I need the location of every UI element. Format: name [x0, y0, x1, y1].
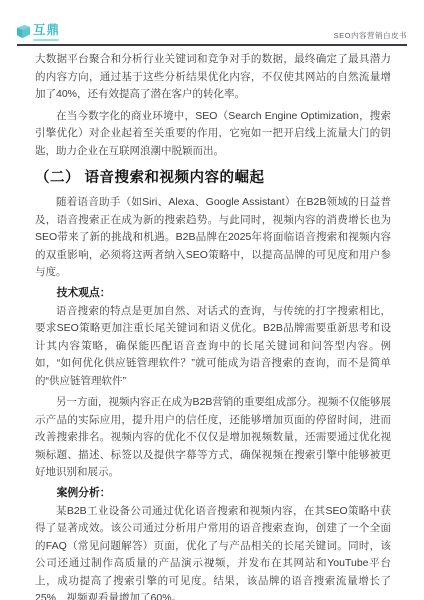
paragraph-section-intro: 随着语音助手（如Siri、Alexa、Google Assistant）在B2B…: [35, 194, 391, 282]
logo-text-block: 互鼎: [33, 24, 60, 41]
logo-cube-icon: [16, 24, 31, 39]
logo-text: 互鼎: [33, 24, 60, 37]
document-page: 互鼎 SEO内容营销白皮书 大数据平台聚合和分析行业关键词和竞争对手的数据，最终…: [0, 0, 424, 600]
case-analysis-label: 案例分析：: [35, 486, 391, 501]
page-number: 7: [0, 558, 424, 568]
logo-subtext-mark: [33, 39, 59, 41]
paragraph-intro: 在当今数字化的商业环境中，SEO（Search Engine Optimizat…: [35, 108, 391, 161]
paragraph-tech-1: 语音搜索的特点是更加自然、对话式的查询，与传统的打字搜索相比，要求SEO策略更加…: [35, 303, 391, 391]
paragraph-case: 某B2B工业设备公司通过优化语音搜索和视频内容，在其SEO策略中获得了显著成效。…: [35, 503, 391, 600]
section-heading: （二） 语音搜索和视频内容的崛起: [35, 170, 391, 187]
tech-view-label: 技术观点：: [35, 286, 391, 301]
page-body: 大数据平台聚合和分析行业关键词和竞争对手的数据，最终确定了最具潜力的内容方向，通…: [0, 46, 424, 600]
company-logo: 互鼎: [16, 24, 60, 41]
page-header: 互鼎 SEO内容营销白皮书: [0, 0, 424, 44]
paragraph-tech-2: 另一方面，视频内容正在成为B2B营销的重要组成部分。视频不仅能够展示产品的实际应…: [35, 394, 391, 482]
paragraph-continuation: 大数据平台聚合和分析行业关键词和竞争对手的数据，最终确定了最具潜力的内容方向，通…: [35, 51, 391, 104]
document-title: SEO内容营销白皮书: [334, 31, 407, 41]
